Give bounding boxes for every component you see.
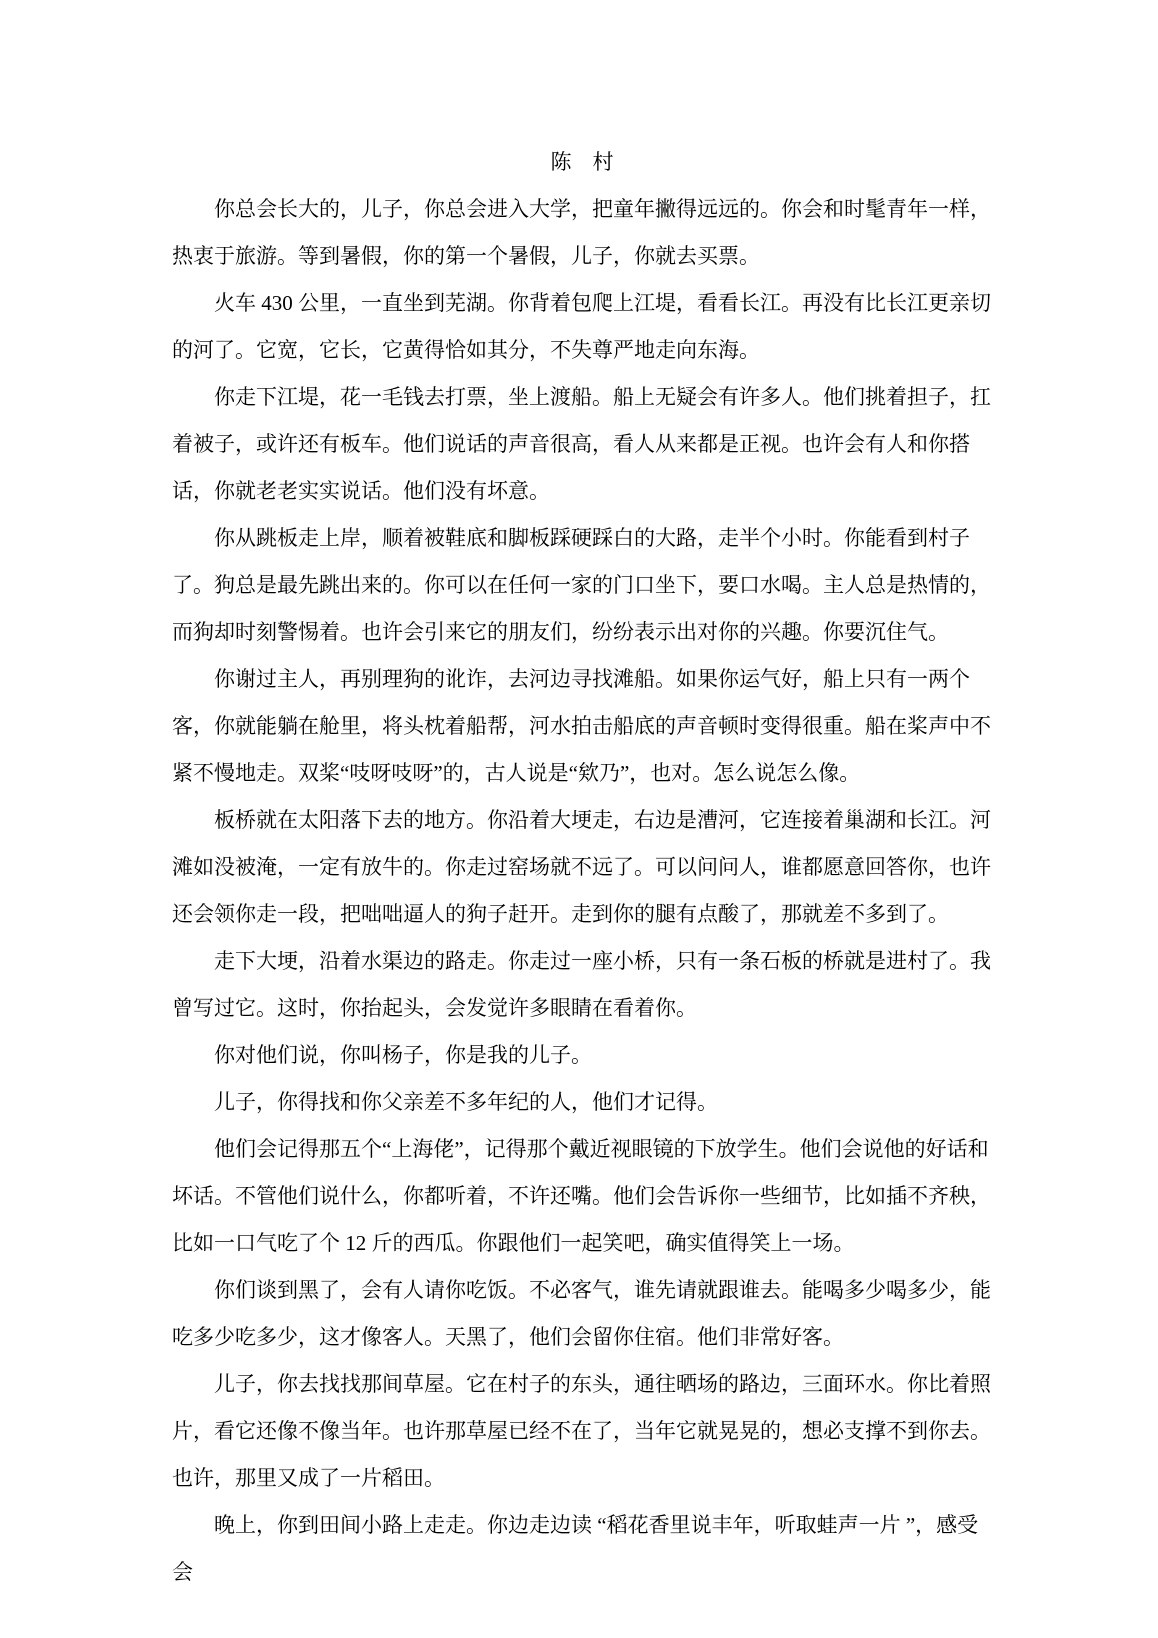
paragraph: 你谢过主人，再别理狗的讹诈，去河边寻找滩船。如果你运气好，船上只有一两个客，你就… — [172, 656, 992, 797]
document-page: 陈 村 你总会长大的，儿子，你总会进入大学，把童年撇得远远的。你会和时髦青年一样… — [0, 0, 1158, 1638]
paragraph: 你总会长大的，儿子，你总会进入大学，把童年撇得远远的。你会和时髦青年一样，热衷于… — [172, 186, 992, 280]
paragraph: 你对他们说，你叫杨子，你是我的儿子。 — [172, 1032, 992, 1079]
paragraph: 儿子，你得找和你父亲差不多年纪的人，他们才记得。 — [172, 1079, 992, 1126]
paragraph: 他们会记得那五个“上海佬”，记得那个戴近视眼镜的下放学生。他们会说他的好话和坏话… — [172, 1126, 992, 1267]
paragraph: 晚上，你到田间小路上走走。你边走边读 “稻花香里说丰年，听取蛙声一片 ”，感受会 — [172, 1502, 992, 1596]
document-body: 你总会长大的，儿子，你总会进入大学，把童年撇得远远的。你会和时髦青年一样，热衷于… — [172, 186, 992, 1596]
paragraph: 走下大埂，沿着水渠边的路走。你走过一座小桥，只有一条石板的桥就是进村了。我曾写过… — [172, 938, 992, 1032]
paragraph: 火车 430 公里，一直坐到芜湖。你背着包爬上江堤，看看长江。再没有比长江更亲切… — [172, 280, 992, 374]
paragraph: 你走下江堤，花一毛钱去打票，坐上渡船。船上无疑会有许多人。他们挑着担子，扛着被子… — [172, 374, 992, 515]
paragraph: 你从跳板走上岸，顺着被鞋底和脚板踩硬踩白的大路，走半个小时。你能看到村子了。狗总… — [172, 515, 992, 656]
paragraph: 板桥就在太阳落下去的地方。你沿着大埂走，右边是漕河，它连接着巢湖和长江。河滩如没… — [172, 797, 992, 938]
paragraph: 你们谈到黑了，会有人请你吃饭。不必客气，谁先请就跟谁去。能喝多少喝多少，能吃多少… — [172, 1267, 992, 1361]
author-title: 陈 村 — [172, 139, 992, 186]
paragraph: 儿子，你去找找那间草屋。它在村子的东头，通往晒场的路边，三面环水。你比着照片，看… — [172, 1361, 992, 1502]
